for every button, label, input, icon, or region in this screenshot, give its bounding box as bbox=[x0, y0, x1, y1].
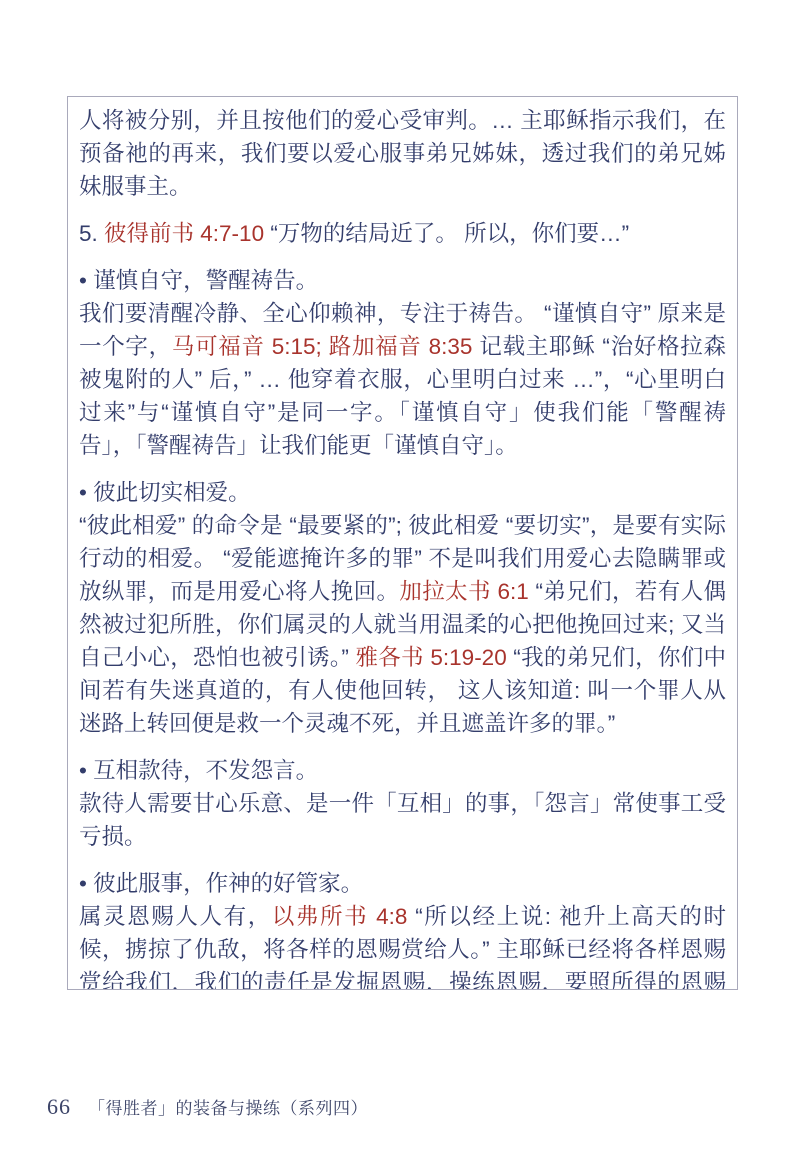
paragraph-text: 款待人需要甘心乐意、是一件「互相」的事，「怨言」常使事工受亏损。 bbox=[79, 787, 726, 853]
page-footer: 66 「得胜者」的装备与操练（系列四） bbox=[47, 1094, 368, 1120]
frame-corner-ornament-bottom-left bbox=[67, 981, 76, 990]
bullet-title-line: • 互相款待，不发怨言。 bbox=[79, 754, 726, 787]
bullet-fervent-love: • 彼此切实相爱。“彼此相爱” 的命令是 “最要紧的”; 彼此相爱 “要切实”，… bbox=[79, 476, 726, 740]
intro-paragraph: 人将被分别，并且按他们的爱心受审判。… 主耶稣指示我们，在预备祂的再来，我们要以… bbox=[79, 104, 726, 203]
paragraph-text: 属灵恩赐人人有，以弗所书 4:8 “所以经上说: 祂升上高天的时候，掳掠了仇敌，… bbox=[79, 900, 726, 990]
text-frame: 人将被分别，并且按他们的爱心受审判。… 主耶稣指示我们，在预备祂的再来，我们要以… bbox=[67, 96, 738, 990]
bullet-serve-stewards: • 彼此服事，作神的好管家。属灵恩赐人人有，以弗所书 4:8 “所以经上说: 祂… bbox=[79, 867, 726, 990]
bullet-title-line: • 谨慎自守，警醒祷告。 bbox=[79, 264, 726, 297]
paragraph-text: “彼此相爱” 的命令是 “最要紧的”; 彼此相爱 “要切实”，是要有实际行动的相… bbox=[79, 509, 726, 740]
bullet-title-line: • 彼此服事，作神的好管家。 bbox=[79, 867, 726, 900]
bullet-watchful-prayer: • 谨慎自守，警醒祷告。我们要清醒冷静、全心仰赖神，专注于祷告。 “谨慎自守” … bbox=[79, 264, 726, 462]
scripture-reference: 马可福音 5:15; 路加福音 8:35 bbox=[172, 334, 473, 359]
bullet-title-line: • 彼此切实相爱。 bbox=[79, 476, 726, 509]
footer-book-title: 「得胜者」的装备与操练（系列四） bbox=[88, 1094, 368, 1119]
page-body-text: 人将被分别，并且按他们的爱心受审判。… 主耶稣指示我们，在预备祂的再来，我们要以… bbox=[79, 104, 726, 990]
frame-corner-ornament-top-right bbox=[729, 96, 738, 105]
paragraph-text: 我们要清醒冷静、全心仰赖神，专注于祷告。 “谨慎自守” 原来是一个字，马可福音 … bbox=[79, 297, 726, 462]
paragraph-text: 5. 彼得前书 4:7-10 “万物的结局近了。 所以，你们要…” bbox=[79, 217, 726, 250]
heading-point-5: 5. 彼得前书 4:7-10 “万物的结局近了。 所以，你们要…” bbox=[79, 217, 726, 250]
scripture-reference: 雅各书 5:19-20 bbox=[355, 645, 506, 670]
scripture-reference: 加拉太书 6:1 bbox=[399, 579, 528, 604]
paragraph-text: 人将被分别，并且按他们的爱心受审判。… 主耶稣指示我们，在预备祂的再来，我们要以… bbox=[79, 104, 726, 203]
scripture-reference: 彼得前书 4:7-10 bbox=[104, 221, 264, 246]
page-number: 66 bbox=[47, 1094, 71, 1120]
frame-corner-ornament-top-left bbox=[67, 96, 76, 105]
bullet-hospitality: • 互相款待，不发怨言。款待人需要甘心乐意、是一件「互相」的事，「怨言」常使事工… bbox=[79, 754, 726, 853]
scripture-reference: 以弗所书 4:8 bbox=[272, 904, 408, 929]
frame-corner-ornament-bottom-right bbox=[729, 981, 738, 990]
